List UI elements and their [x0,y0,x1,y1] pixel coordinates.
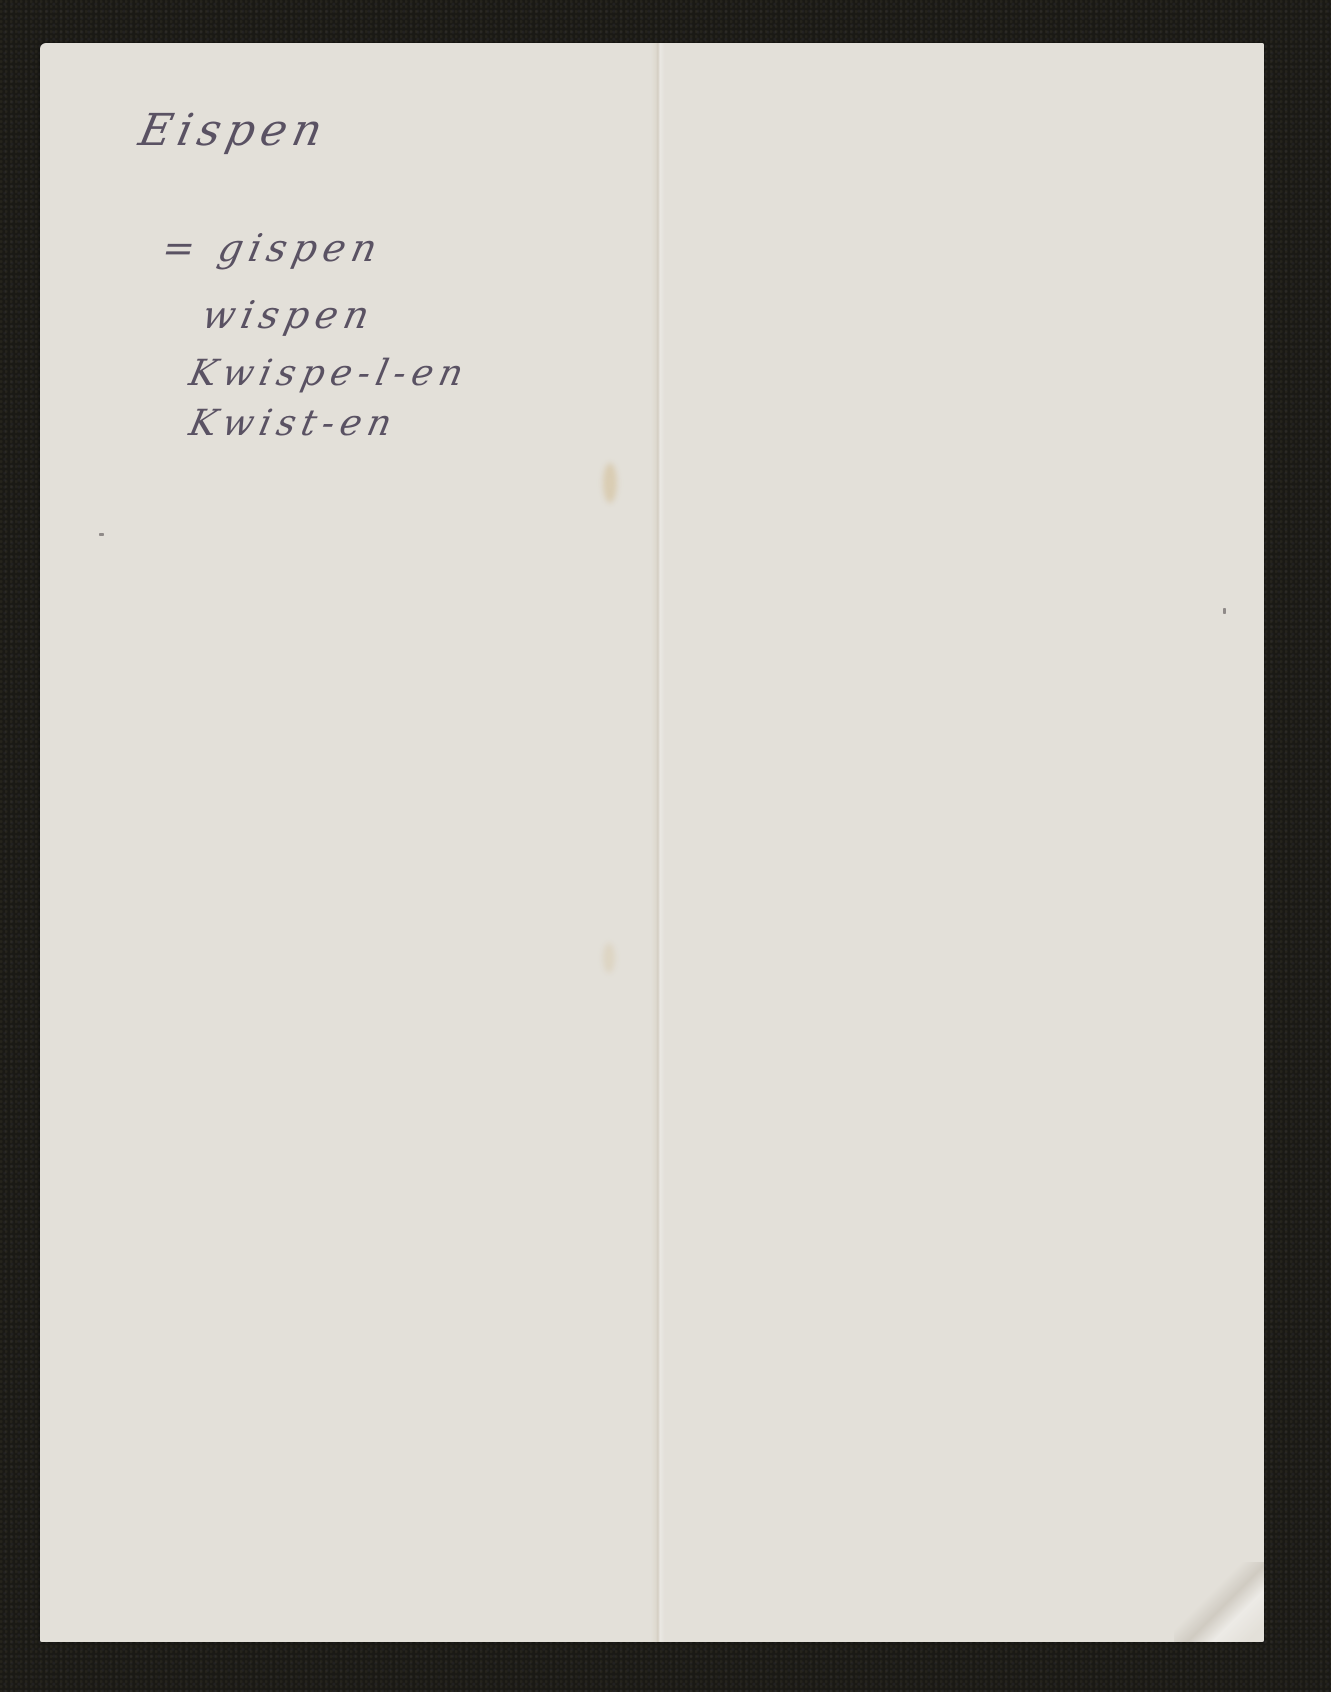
handwritten-line: wispen [198,293,379,337]
handwritten-heading: Eispen [135,105,333,156]
handwritten-line: = gispen [158,226,387,270]
handwritten-line: Kwispe-l-en [186,353,473,394]
ink-speck [99,533,104,536]
corner-crease [1174,1562,1264,1642]
handwritten-line: Kwist-en [186,403,402,444]
paper-sheet: Eispen = gispen wispen Kwispe-l-en Kwist… [40,43,1264,1642]
ink-speck [1223,608,1226,614]
fold-stain [603,463,617,503]
center-fold-line [651,43,665,1642]
fold-stain [603,943,615,973]
